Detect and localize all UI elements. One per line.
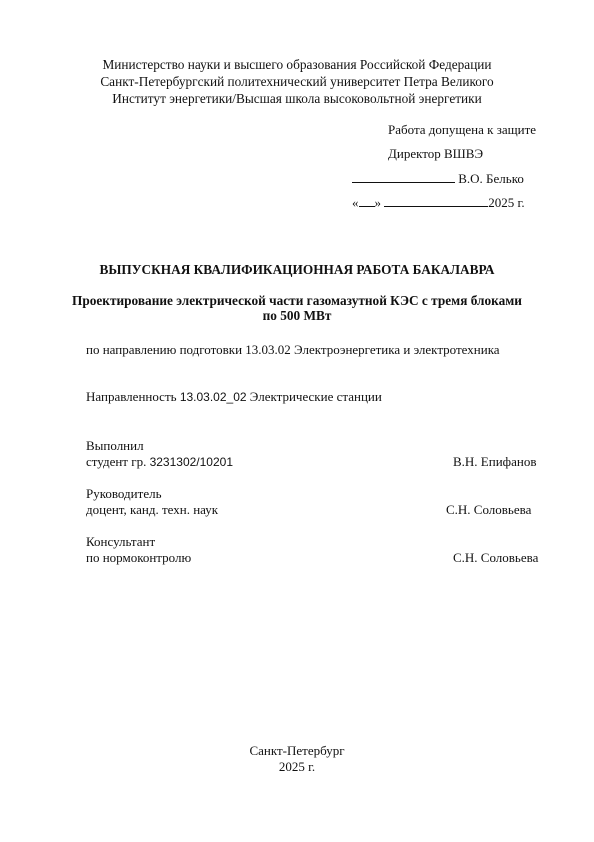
- month-blank: [384, 194, 488, 207]
- admitted-text: Работа допущена к защите: [388, 122, 536, 138]
- group-number: 3231302/10201: [150, 455, 233, 469]
- profile-prefix: Направленность: [86, 389, 180, 404]
- direction-line: по направлению подготовки 13.03.02 Элект…: [86, 342, 500, 358]
- ministry-line: Министерство науки и высшего образования…: [0, 56, 594, 73]
- topic-line-1: Проектирование электрической части газом…: [0, 293, 594, 308]
- direction-name: Электроэнергетика и электротехника: [291, 342, 500, 357]
- performer-role: Выполнил: [86, 438, 144, 454]
- date-line: «» 2025 г.: [352, 194, 525, 211]
- signature-blank: [352, 170, 455, 183]
- director-position: Директор ВШВЭ: [388, 146, 483, 162]
- approval-year: 2025 г.: [488, 195, 524, 210]
- quote-close: »: [375, 195, 382, 210]
- direction-prefix: по направлению подготовки: [86, 342, 245, 357]
- direction-code: 13.03.02: [245, 342, 291, 357]
- director-name: В.О. Белько: [458, 171, 524, 186]
- footer-year: 2025 г.: [0, 759, 594, 775]
- consultant-role: Консультант: [86, 534, 155, 550]
- profile-code: 13.03.02_02: [180, 390, 247, 404]
- profile-line: Направленность 13.03.02_02 Электрические…: [86, 389, 382, 405]
- supervisor-name: С.Н. Соловьева: [446, 502, 531, 518]
- consultant-name: С.Н. Соловьева: [453, 550, 538, 566]
- footer-city: Санкт-Петербург: [0, 743, 594, 759]
- performer-name: В.Н. Епифанов: [453, 454, 536, 470]
- director-signature-line: В.О. Белько: [352, 170, 524, 187]
- work-type-title: ВЫПУСКНАЯ КВАЛИФИКАЦИОННАЯ РАБОТА БАКАЛА…: [0, 262, 594, 278]
- topic-line-2: по 500 МВт: [0, 308, 594, 323]
- university-line: Санкт-Петербургский политехнический унив…: [0, 73, 594, 90]
- profile-name: Электрические станции: [247, 389, 382, 404]
- supervisor-detail: доцент, канд. техн. наук: [86, 502, 218, 518]
- institute-line: Институт энергетики/Высшая школа высоков…: [0, 90, 594, 107]
- consultant-detail: по нормоконтролю: [86, 550, 191, 566]
- performer-detail-prefix: студент гр.: [86, 454, 150, 469]
- supervisor-role: Руководитель: [86, 486, 162, 502]
- performer-detail: студент гр. 3231302/10201: [86, 454, 233, 470]
- day-blank: [359, 194, 375, 207]
